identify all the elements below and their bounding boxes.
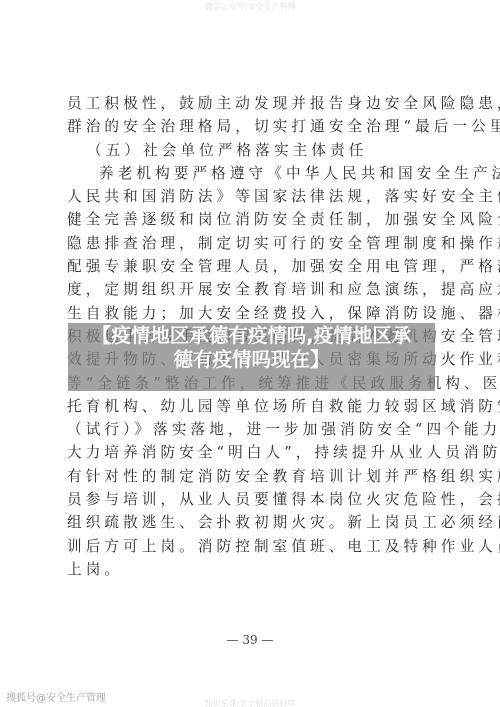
text-line: 上岗。: [67, 558, 437, 581]
text-line: （试行）》落实落地，进一步加强消防安全“四个能力”建设，: [67, 418, 437, 441]
text-line: 员工积极性，鼓励主动发现并报告身边安全风险隐患，构建群防: [67, 92, 437, 115]
text-line: 隐患排查治理，制定切实可行的安全管理制度和操作规程，配齐: [67, 232, 437, 255]
text-line: 度，定期组织开展安全教育培训和应急演练，提高应急处置和逃: [67, 278, 437, 301]
text-line: 健全完善逐级和岗位消防安全责任制，加强安全风险分级管控和: [67, 208, 437, 231]
text-line: 配强专兼职安全管理人员，加强安全用电管理，严格落实值班制: [67, 255, 437, 278]
overlay-title: 【疫情地区承德有疫情吗,疫情地区承 德有疫情吗现在】: [68, 324, 435, 372]
text-line: 员参与培训，从业人员要懂得本岗位火灾危险性，会报火警、会: [67, 488, 437, 511]
overlay-title-line-1: 【疫情地区承德有疫情吗,疫情地区承: [68, 324, 435, 348]
text-line: 养老机构要严格遵守《中华人民共和国安全生产法》《中华: [67, 162, 437, 185]
text-line: 训后方可上岗。消防控制室值班、电工及特种作业人员必须持证: [67, 535, 437, 558]
overlay-title-line-2: 德有疫情吗现在】: [68, 348, 435, 372]
page-number: — 39 —: [0, 633, 500, 647]
text-line: 人民共和国消防法》等国家法律法规，落实好安全主体责任。要: [67, 185, 437, 208]
section-heading: （五）社会单位严格落实主体责任: [67, 139, 437, 162]
top-watermark: 微信公众号:安全生产管理: [0, 1, 500, 12]
text-line: 托育机构、幼儿园等单位场所自救能力较弱区域消防安全规定: [67, 395, 437, 418]
bottom-left-watermark: 搜狐号@安全生产管理: [6, 689, 106, 704]
text-line: 有针对性的制定消防安全教育培训计划并严格组织实施，确保全: [67, 465, 437, 488]
text-line: 群治的安全治理格局，切实打通安全治理“最后一公里”。: [67, 115, 437, 138]
text-line: 大力培养消防安全“明白人”，持续提升从业人员消防安全素质；: [67, 441, 437, 464]
text-line: 生自救能力；加大安全经费投入，保障消防设施、器材完好有效，: [67, 302, 437, 325]
text-line: 组织疏散逃生、会扑救初期火灾。新上岗员工必须经岗前消防培: [67, 511, 437, 534]
